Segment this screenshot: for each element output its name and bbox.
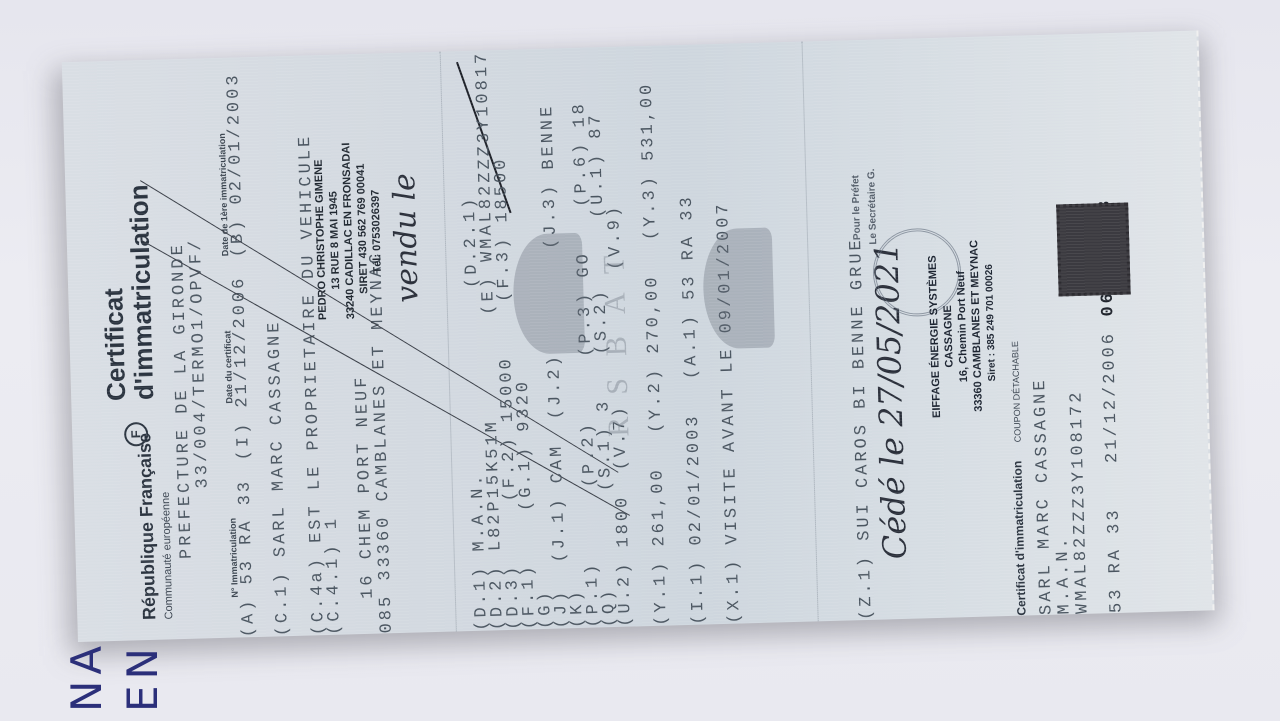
watermark-bat-wing: [702, 227, 775, 349]
coupon-plate-text: 53 RA 33: [1105, 507, 1127, 613]
row-z1: (Z.1) SUI CAROS BI BENNE GRUE: [847, 238, 858, 621]
row-g: (G): [536, 590, 537, 630]
prefect-line1: Pour le Préfet: [845, 175, 847, 240]
coupon-date-text: 21/12/2006: [1100, 331, 1123, 464]
handwritten-sold-date: vendu le: [387, 173, 426, 303]
field-a1: (A.1) 53 RA 33: [678, 194, 702, 379]
field-c41: (C.4.1) 1: [323, 516, 345, 635]
row-i1: (I.1) 02/01/2003 (A.1) 53 RA 33: [678, 195, 690, 625]
field-b: (B) 02/01/2003: [224, 72, 248, 257]
coupon-owner: SARL MARC CASSAGNE: [1031, 378, 1038, 616]
panel-divider: [802, 42, 819, 622]
row-y: (Y.1) 261,00 (Y.2) 270,00 (Y.3) 531,00: [638, 82, 653, 626]
field-i1: (I.1) 02/01/2003: [684, 413, 709, 625]
field-j2: (J.2): [545, 353, 566, 420]
field-a: (A) 53 RA 33: [236, 479, 259, 638]
row-q: (Q) (S.1) 3 (S.2) (U.1) 87: [586, 113, 600, 628]
field-j1: (J.1) CAM: [548, 443, 570, 562]
watermark-text: RSBAT: [597, 233, 637, 437]
country-name: République Française: [134, 433, 159, 621]
row-d1: (D.1) M.A.N. (D.2.1): [461, 196, 473, 631]
hologram-seal-icon: [1056, 203, 1131, 297]
header-country: République Française: [134, 433, 139, 620]
field-u1: (U.1) 87: [586, 112, 608, 218]
buyer-street: 13 RUE 8 MAI 1945: [328, 191, 343, 290]
registration-certificate: République Française Communauté européen…: [62, 30, 1215, 642]
field-f3: (F.3) 18500: [492, 156, 515, 302]
field-u2: (U.2) 1800: [613, 494, 636, 627]
buyer-siret: SIRET 430 562 769 00041: [355, 163, 371, 294]
row-c4a: (C.4a) EST LE PROPRIETAIRE DU VEHICULE: [296, 134, 310, 635]
watermark-bat-wing: [512, 233, 585, 355]
field-y3: (Y.3) 531,00: [638, 81, 661, 240]
f-badge: F: [124, 423, 125, 447]
row-j: (J) (J.1) CAM (J.2) (J.3) BENNE: [538, 104, 553, 629]
title-line1: Certificat: [98, 289, 101, 402]
row-k: (K): [568, 589, 569, 629]
buyer-phone: Tél: 0753026397: [369, 190, 383, 274]
secretary-label: Le Secrétaire G.: [866, 168, 879, 244]
coupon-owner-text: SARL MARC CASSAGNE: [1031, 377, 1057, 615]
seller-street-text: 16, Chemin Port Neuf: [955, 271, 970, 383]
seller-name-text: CASSAGNE: [942, 305, 956, 368]
field-j3: (J.3) BENNE: [538, 103, 561, 249]
field-y2: (Y.2) 270,00: [643, 274, 666, 433]
coupon-detachable-label: COUPON DÉTACHABLE: [1010, 341, 1023, 443]
pen-annotation-na: NA: [62, 640, 111, 712]
row-p: (P.1) (P.2) (P.3) GO (P.6) 18: [570, 101, 585, 627]
panel-divider: [440, 52, 457, 632]
seller-city-text: 33360 CAMBLANES ET MEYNAC: [968, 240, 985, 412]
field-c1: (C.1) SARL MARC CASSAGNE: [265, 319, 293, 636]
pen-annotation-en: EN: [118, 642, 167, 712]
coupon-title-text: Certificat d'immatriculation: [1010, 461, 1028, 616]
row-address1: 16 CHEM PORT NEUF: [353, 375, 359, 599]
row-c1: (C.1) SARL MARC CASSAGNE: [265, 320, 274, 637]
coupon-title: Certificat d'immatriculation COUPON DÉTA…: [1005, 341, 1013, 616]
field-y1: (Y.1) 261,00: [648, 467, 671, 626]
handwritten-vendu: vendu le: [387, 174, 391, 303]
seller-siret-text: Siret : 385 249 701 00026: [984, 264, 998, 382]
union-label: Communauté européenne: [160, 492, 176, 620]
document-subtitle: d'immatriculation: [123, 184, 159, 400]
field-g1: (G.1) 9320: [514, 379, 537, 512]
label-row: N° Immatriculation Date du certificat Da…: [212, 133, 225, 597]
